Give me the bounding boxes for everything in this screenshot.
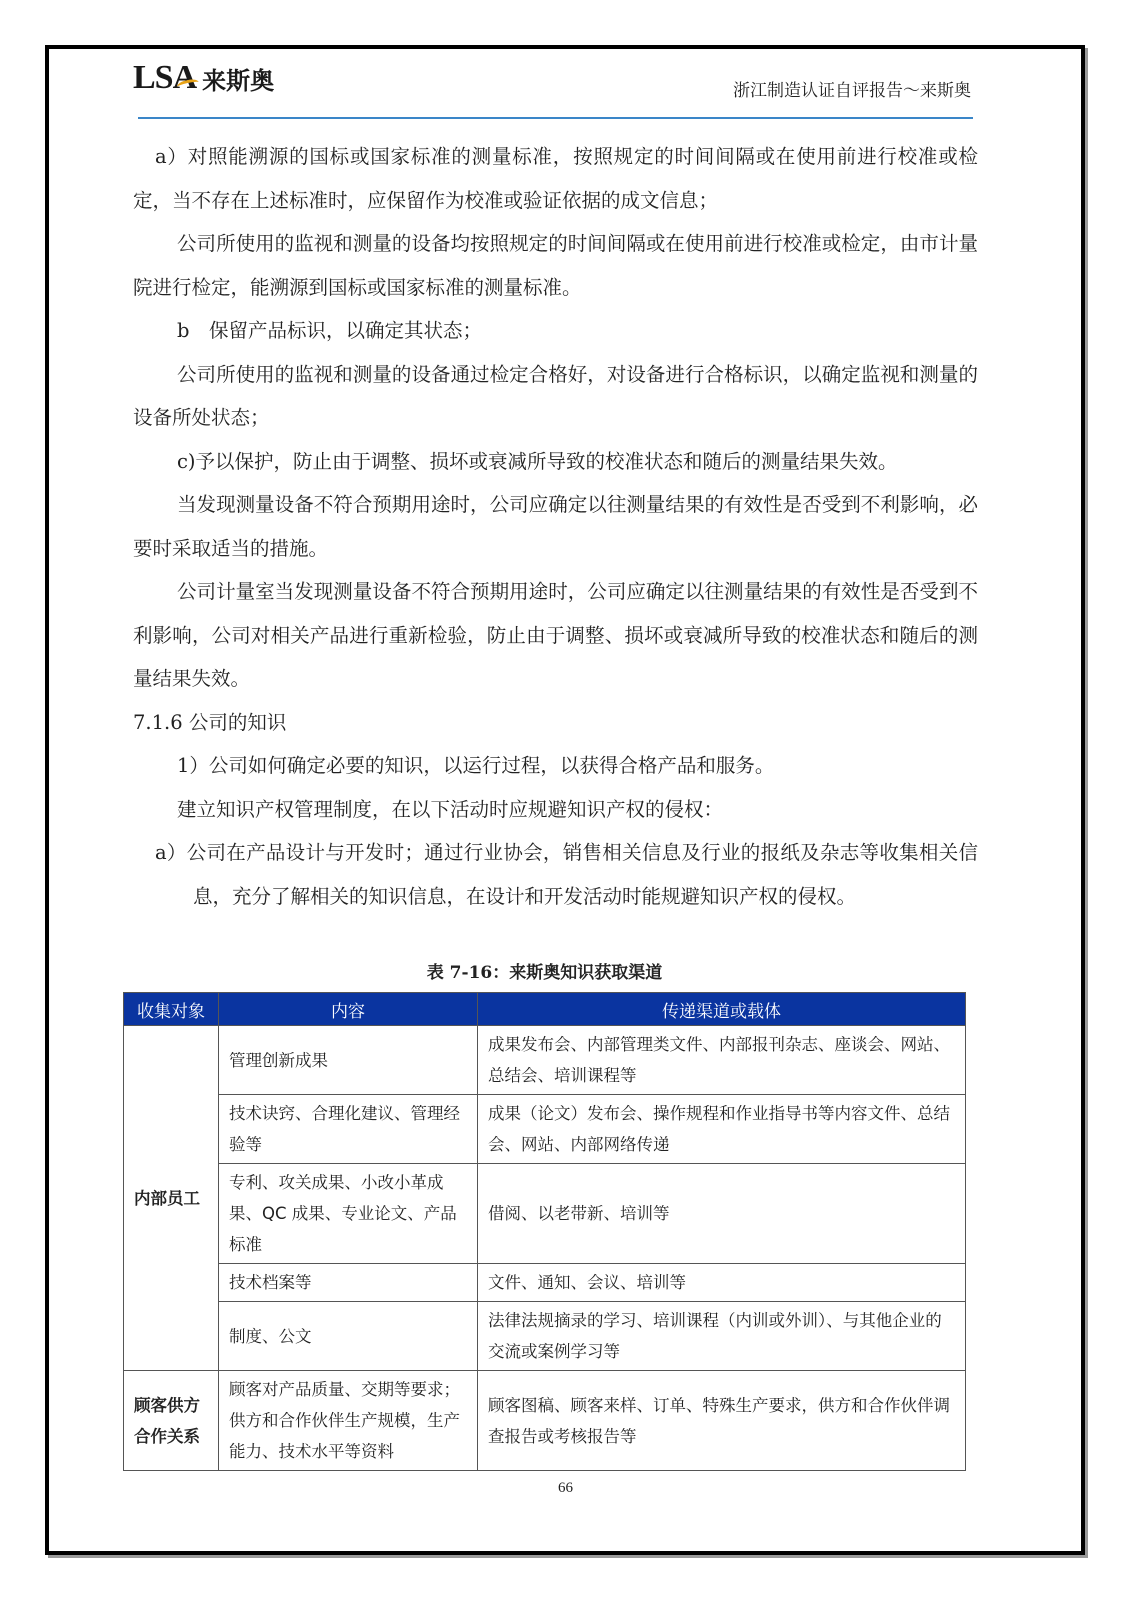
paragraph: 公司所使用的监视和测量的设备通过检定合格好，对设备进行合格标识，以确定监视和测量… (133, 353, 978, 440)
page-number: 66 (0, 1480, 1131, 1497)
paragraph: a）公司在产品设计与开发时；通过行业协会，销售相关信息及行业的报纸及杂志等收集相… (133, 831, 978, 918)
section-heading: 7.1.6 公司的知识 (133, 701, 978, 745)
report-title: 浙江制造认证自评报告～来斯奥 (733, 76, 971, 101)
paragraph: b 保留产品标识，以确定其状态； (133, 309, 978, 353)
channel-cell: 法律法规摘录的学习、培训课程（内训或外训）、与其他企业的交流或案例学习等 (478, 1302, 966, 1371)
paragraph: a）对照能溯源的国标或国家标准的测量标准，按照规定的时间间隔或在使用前进行校准或… (133, 135, 978, 222)
channel-cell: 顾客图稿、顾客来样、订单、特殊生产要求，供方和合作伙伴调查报告或考核报告等 (478, 1371, 966, 1471)
table-row: 专利、攻关成果、小改小革成果、QC 成果、专业论文、产品标准 借阅、以老带新、培… (124, 1164, 966, 1264)
content-cell: 技术诀窍、合理化建议、管理经验等 (219, 1095, 478, 1164)
header-divider (138, 117, 973, 119)
paragraph: 当发现测量设备不符合预期用途时，公司应确定以往测量结果的有效性是否受到不利影响，… (133, 483, 978, 570)
group-cell: 顾客供方合作关系 (124, 1371, 219, 1471)
channel-cell: 成果（论文）发布会、操作规程和作业指导书等内容文件、总结会、网站、内部网络传递 (478, 1095, 966, 1164)
table-row: 内部员工 管理创新成果 成果发布会、内部管理类文件、内部报刊杂志、座谈会、网站、… (124, 1026, 966, 1095)
paragraph: 建立知识产权管理制度，在以下活动时应规避知识产权的侵权： (133, 788, 978, 832)
table-row: 技术诀窍、合理化建议、管理经验等 成果（论文）发布会、操作规程和作业指导书等内容… (124, 1095, 966, 1164)
logo-lsa-text: LSA (133, 59, 196, 97)
body-text: a）对照能溯源的国标或国家标准的测量标准，按照规定的时间间隔或在使用前进行校准或… (133, 135, 978, 918)
paragraph: 公司所使用的监视和测量的设备均按照规定的时间间隔或在使用前进行校准或检定，由市计… (133, 222, 978, 309)
column-header: 内容 (219, 993, 478, 1026)
table-header-row: 收集对象 内容 传递渠道或载体 (124, 993, 966, 1026)
content-cell: 技术档案等 (219, 1264, 478, 1302)
channel-cell: 成果发布会、内部管理类文件、内部报刊杂志、座谈会、网站、总结会、培训课程等 (478, 1026, 966, 1095)
column-header: 传递渠道或载体 (478, 993, 966, 1026)
content-cell: 制度、公文 (219, 1302, 478, 1371)
table-caption: 表 7-16：来斯奥知识获取渠道 (123, 958, 966, 983)
column-header: 收集对象 (124, 993, 219, 1026)
knowledge-channels-table: 收集对象 内容 传递渠道或载体 内部员工 管理创新成果 成果发布会、内部管理类文… (123, 992, 966, 1471)
company-logo: LSA 来斯奥 (133, 58, 274, 98)
content-cell: 专利、攻关成果、小改小革成果、QC 成果、专业论文、产品标准 (219, 1164, 478, 1264)
channel-cell: 文件、通知、会议、培训等 (478, 1264, 966, 1302)
paragraph: 1）公司如何确定必要的知识，以运行过程，以获得合格产品和服务。 (133, 744, 978, 788)
paragraph: 公司计量室当发现测量设备不符合预期用途时，公司应确定以往测量结果的有效性是否受到… (133, 570, 978, 701)
content-cell: 顾客对产品质量、交期等要求；供方和合作伙伴生产规模，生产能力、技术水平等资料 (219, 1371, 478, 1471)
paragraph: c)予以保护，防止由于调整、损坏或衰减所导致的校准状态和随后的测量结果失效。 (133, 440, 978, 484)
table-row: 技术档案等 文件、通知、会议、培训等 (124, 1264, 966, 1302)
group-cell: 内部员工 (124, 1026, 219, 1371)
table-row: 制度、公文 法律法规摘录的学习、培训课程（内训或外训）、与其他企业的交流或案例学… (124, 1302, 966, 1371)
channel-cell: 借阅、以老带新、培训等 (478, 1164, 966, 1264)
table-row: 顾客供方合作关系 顾客对产品质量、交期等要求；供方和合作伙伴生产规模，生产能力、… (124, 1371, 966, 1471)
content-cell: 管理创新成果 (219, 1026, 478, 1095)
logo-cn-text: 来斯奥 (202, 61, 274, 96)
